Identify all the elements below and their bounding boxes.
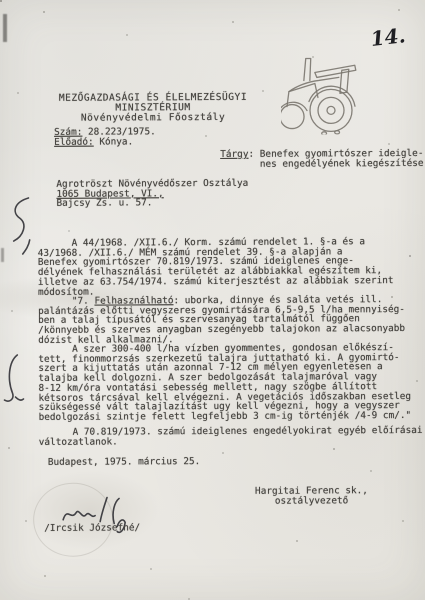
countersign-line: /Ircsik Józsefné/: [44, 523, 140, 533]
scanned-letter-page: 14. MEZŐGAZDASÁGI ÉS ÉLELMEZÉSÜGYI MINIS…: [0, 0, 425, 600]
date-line: Budapest, 1975. március 25.: [48, 457, 200, 468]
body-paragraph-4: A 70.819/1973. számú ideiglenes engedély…: [39, 426, 423, 447]
clerk-label: Előadó:: [54, 137, 94, 148]
body-paragraph-2: "7. Felhasználható: uborka, dinnye és sa…: [38, 295, 405, 345]
subject-colon: :: [248, 149, 259, 160]
body-paragraph-1: A 44/1968. /XII.6./ Korm. számú rendelet…: [38, 237, 394, 297]
clerk-value: Kónya.: [94, 136, 134, 147]
addressee-address2: Bajcsy Zs. u. 57.: [56, 198, 152, 210]
handwritten-margin-mark-icon: [1, 353, 25, 405]
signatory-block: Hargitai Ferenc sk., osztályvezető: [239, 486, 384, 506]
handwritten-folio-number: 14.: [369, 23, 406, 51]
tractor-sketch-icon: [281, 49, 361, 134]
subject-block: Tárgy: Benefex gyomirtószer ideigle- nes…: [220, 149, 425, 169]
paragraph-2-rest: palántázás előtti vegyszeres gyomirtásár…: [38, 305, 405, 346]
subject-text: Benefex gyomirtószer ideigle- nes engedé…: [260, 149, 425, 169]
signatory-title: osztályvezető: [275, 495, 348, 506]
subject-label: Tárgy: [220, 149, 248, 160]
ministry-letterhead: MEZŐGAZDASÁGI ÉS ÉLELMEZÉSÜGYI MINISZTÉR…: [37, 93, 269, 125]
handwritten-margin-mark-icon: [4, 194, 34, 256]
body-paragraph-3: A szer 300-400 l/ha vízben gyommentes, g…: [38, 343, 411, 423]
clerk-line: Előadó: Kónya.: [54, 137, 133, 147]
addressee-block: Agrotröszt Növényvédőszer Osztálya 1065 …: [56, 179, 248, 209]
